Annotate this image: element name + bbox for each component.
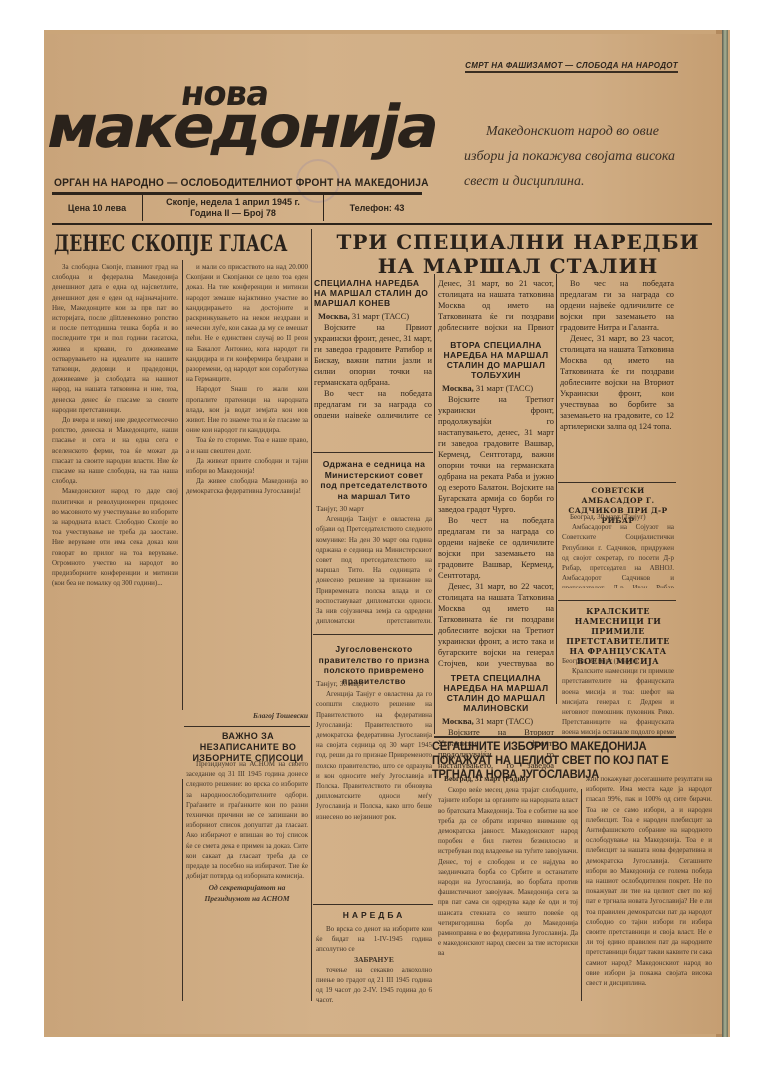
elections-col1: Београд, 31 март (Радио) Скоро веќе месе… <box>438 774 578 999</box>
section-rule <box>184 726 310 727</box>
dateline-date: 31 март (ТАСС) <box>352 311 409 321</box>
paragraph: Народот Ѕнаш го жали кои пропалите прате… <box>186 384 308 435</box>
paragraph: точење на секакво алкохолно пиење во гра… <box>316 965 432 1004</box>
masthead-slogan: Македонскиот народ во овие избори ја пок… <box>464 119 694 194</box>
order2-dateline: Москва, 31 март (ТАСС) <box>442 383 554 393</box>
license-watermark: Attribution-NonCommercial -NoDerivs 3.0 … <box>174 1032 606 1034</box>
infobar-rule <box>52 223 712 225</box>
ministers-dateline: Танјуг, 30 март <box>316 504 432 514</box>
column-rule <box>556 274 557 704</box>
order3-dateline: Москва, 31 март (ТАСС) <box>442 716 554 726</box>
paragraph: Тоа ќе го сториме. Тоа е наше право, а и… <box>186 435 308 455</box>
masthead-organ: ОРГАН НА НАРОДНО — ОСЛОБОДИТЕЛНИОТ ФРОНТ… <box>54 177 429 189</box>
paragraph: До вчера и некој ние дведесетмесечно роп… <box>52 415 178 486</box>
decree-banned: ЗАБРАНУЕ <box>316 955 432 965</box>
order3-continuation-block: Во чес на победата предлагам ги за награ… <box>560 278 674 468</box>
dateline-date: 30 март <box>340 679 364 688</box>
section-rule <box>313 634 433 635</box>
column-rule <box>182 260 183 710</box>
skopje-article-col2: и мали со присаството на над 20.000 Скоп… <box>186 262 308 702</box>
paragraph: Агенција Танјуг е овластена да објави од… <box>316 514 432 626</box>
decree-title: НАРЕДБА <box>316 910 432 920</box>
order2-body: Војските на Третиот украински фронт, про… <box>438 394 554 669</box>
section-rule <box>313 452 433 453</box>
paragraph: Во врска со денот на изборите кои ќе бид… <box>316 924 432 955</box>
book-binding <box>722 30 728 1037</box>
issue-date: Скопје, недела 1 април 1945 г. Година II… <box>142 195 324 221</box>
dateline-city: Танјуг, <box>316 504 338 513</box>
column-rule <box>581 789 582 1001</box>
poland-dateline: Танјуг, 30 март <box>316 679 432 689</box>
paragraph: Агенција Танјуг е овластена да го соопшт… <box>316 689 432 822</box>
paragraph: Кралските намесници ги примиле претстави… <box>562 666 674 736</box>
column-rule <box>311 229 312 1001</box>
headline-skopje-votes: ДЕНЕС СКОПЈЕ ГЛАСА <box>54 231 287 257</box>
section-rule <box>558 482 676 483</box>
dateline-date: 31 март (ТАСС) <box>476 716 533 726</box>
paragraph: Денес, 31 март, во 23 часот, столицата н… <box>560 333 674 432</box>
section-rule <box>313 904 433 905</box>
paragraph: Во чест на победата предлагам ги за нагр… <box>314 388 432 418</box>
author-signature: Благој Тошевски <box>186 711 308 723</box>
ministers-body: Танјуг, 30 март Агенција Танјуг е овласт… <box>316 504 432 626</box>
order1-title: СПЕЦИАЛНА НАРЕДБА НА МАРШАЛ СТАЛИН ДО МА… <box>314 278 432 308</box>
paragraph: Денес, 31 март, во 21 часот, столицата н… <box>438 278 554 334</box>
elections-col2: жни покажуват досегашните резултати на и… <box>586 774 712 999</box>
paragraph: жни покажуват досегашните резултати на и… <box>586 774 712 988</box>
presidium-signature: Од секретаријатот на Президиумот на АСНО… <box>186 883 308 903</box>
voter-lists-body: Президиумот на АСНОМ на своето заседание… <box>186 759 308 994</box>
ambassador-dateline: Београд, 30 март (Танјуг) <box>562 512 674 522</box>
dateline-date: 31 март (ТАСС) <box>476 383 533 393</box>
order3-title: ТРЕТА СПЕЦИАЛНА НАРЕДБА НА МАРШАЛ СТАЛИН… <box>438 673 554 713</box>
masthead-infobar: Цена 10 лева Скопје, недела 1 април 1945… <box>52 195 712 223</box>
paragraph: Војските на Третиот украински фронт, про… <box>438 394 554 515</box>
order2-block: Денес, 31 март, во 21 часот, столицата н… <box>438 278 554 771</box>
skopje-article-col1: За слободна Скопје, главниот град на сло… <box>52 262 178 1002</box>
masthead-motto: СМРТ НА ФАШИЗАМОТ — СЛОБОДА НА НАРОДОТ <box>465 61 678 73</box>
newspaper-logo: македонија <box>46 98 443 157</box>
column-rule <box>434 274 435 734</box>
price: Цена 10 лева <box>52 195 142 221</box>
order2-title: ВТОРА СПЕЦИАЛНА НАРЕДБА НА МАРШАЛ СТАЛИН… <box>438 340 554 380</box>
paragraph: Македонскиот народ го даде свој политичк… <box>52 486 178 588</box>
section-rule <box>434 736 676 738</box>
paragraph: Денес, 31 март, во 22 часот, столицата н… <box>438 581 554 669</box>
license-line: Attribution-NonCommercial -NoDerivs 3.0 … <box>174 1032 606 1034</box>
paragraph: Да живеат првите слободни и тајни избори… <box>186 456 308 476</box>
issue-number-line: Година II — Број 78 <box>190 208 276 219</box>
order1-continuation: Денес, 31 март, во 21 часот, столицата н… <box>438 278 554 334</box>
dateline-city: Москва, <box>442 716 474 726</box>
paragraph: Да живее слободна Македонија во демократ… <box>186 476 308 496</box>
order1-block: СПЕЦИАЛНА НАРЕДБА НА МАРШАЛ СТАЛИН ДО МА… <box>314 278 432 418</box>
issue-date-line: Скопје, недела 1 април 1945 г. <box>166 197 300 208</box>
soviet-ambassador-body: Београд, 30 март (Танјуг) Амбасадорот на… <box>562 512 674 588</box>
paragraph: Во чест на победата предлагам ги за нагр… <box>438 515 554 581</box>
paragraph: Во чес на победата предлагам ги за награ… <box>560 278 674 333</box>
regents-body: Београд, 30 март (Танјуг) Кралските наме… <box>562 656 674 736</box>
elections-dateline: Београд, 31 март (Радио) <box>444 774 578 784</box>
paragraph: Скоро веќе месец дена трајат слободните,… <box>438 785 578 958</box>
paragraph: Амбасадорот на Сојузот на Советските Соц… <box>562 522 674 588</box>
headline-stalin-orders: ТРИ СПЕЦИАЛНИ НАРЕДБИ НА МАРШАЛ СТАЛИН <box>318 230 718 278</box>
order1-dateline: Москва, 31 март (ТАСС) <box>318 311 432 321</box>
dateline-date: 30 март <box>340 504 364 513</box>
column-rule <box>182 779 183 1001</box>
paragraph: Президиумот на АСНОМ на своето заседание… <box>186 759 308 881</box>
decree-body: Во врска со денот на изборите кои ќе бид… <box>316 924 432 1004</box>
headline-ministers-council: Одржана е седница на Министерскиот совет… <box>316 459 432 501</box>
section-rule <box>558 600 676 601</box>
order1-body: Војските на Првиот украински фронт, дене… <box>314 322 432 418</box>
phone: Телефон: 43 <box>322 195 432 221</box>
dateline-city: Москва, <box>442 383 474 393</box>
newspaper-page: СМРТ НА ФАШИЗАМОТ — СЛОБОДА НА НАРОДОТ н… <box>46 34 722 1034</box>
paragraph: За слободна Скопје, главниот град на сло… <box>52 262 178 415</box>
regents-dateline: Београд, 30 март (Танјуг) <box>562 656 674 666</box>
paragraph: Војските на Првиот украински фронт, дене… <box>314 322 432 388</box>
poland-body: Танјуг, 30 март Агенција Танјуг е овласт… <box>316 679 432 899</box>
dateline-city: Москва, <box>318 311 350 321</box>
paragraph: и мали со присаството на над 20.000 Скоп… <box>186 262 308 384</box>
order3-continuation: Во чес на победата предлагам ги за награ… <box>560 278 674 468</box>
dateline-city: Танјуг, <box>316 679 338 688</box>
